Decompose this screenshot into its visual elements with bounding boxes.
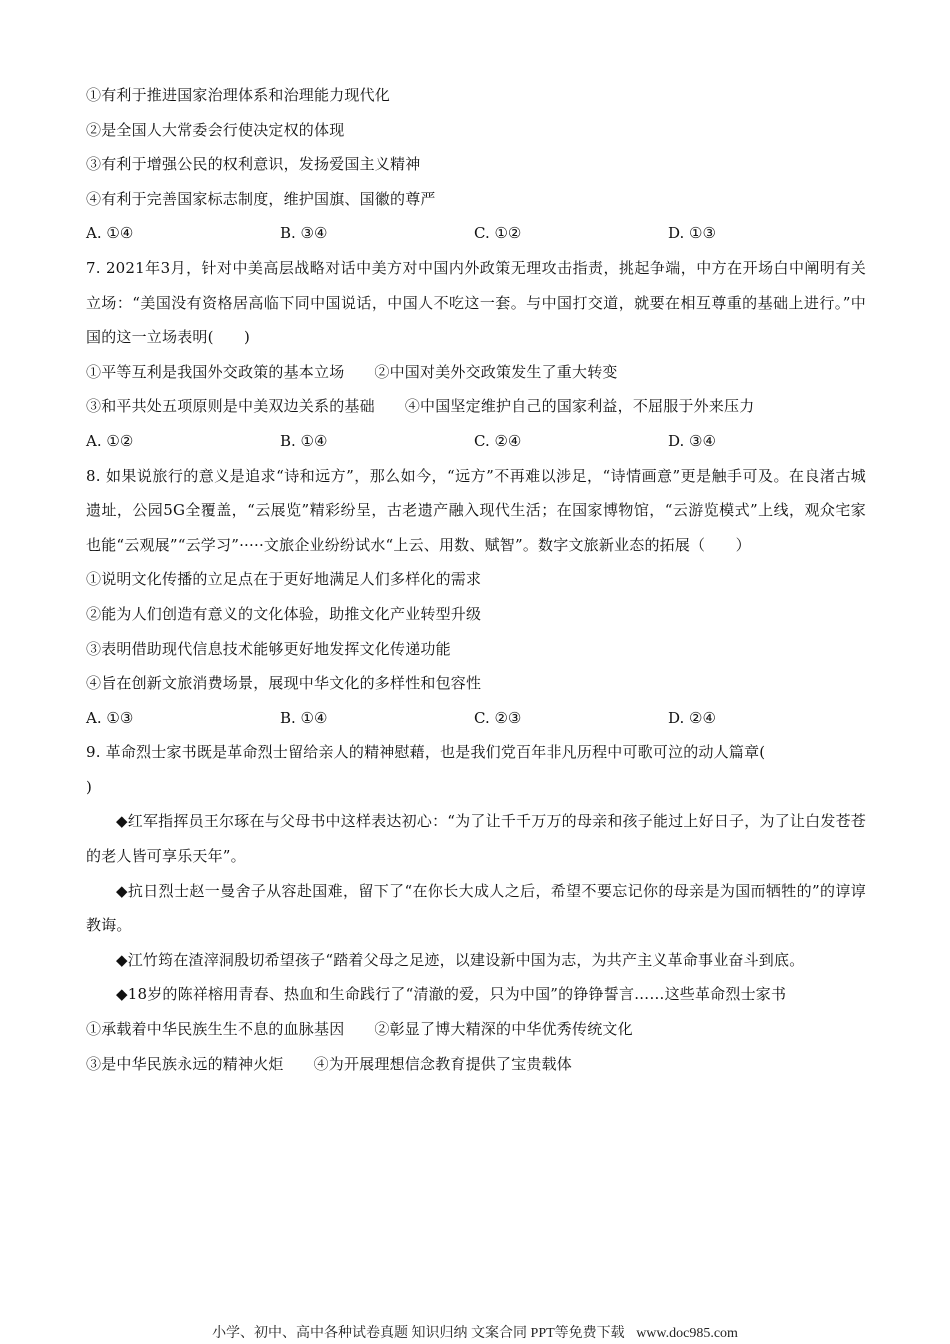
- question-stem-close: ): [86, 770, 866, 805]
- question-8: 8. 如果说旅行的意义是追求“诗和远方”，那么如今，“远方”不再难以涉足，“诗情…: [86, 459, 866, 736]
- statement: ④有利于完善国家标志制度，维护国旗、国徽的尊严: [86, 182, 866, 217]
- bullet-quote: ◆18岁的陈祥榕用青春、热血和生命践行了“清澈的爱，只为中国”的铮铮誓言……这些…: [86, 977, 866, 1012]
- statement: ③表明借助现代信息技术能够更好地发挥文化传递功能: [86, 632, 866, 667]
- statement: ②彰显了博大精深的中华优秀传统文化: [374, 1012, 632, 1047]
- option-a: A. ①③: [86, 701, 280, 736]
- footer-url[interactable]: www.doc985.com: [636, 1326, 738, 1341]
- option-d: D. ③④: [668, 424, 862, 459]
- footer-text: 小学、初中、高中各种试卷真题 知识归纳 文案合同 PPT等免费下载: [212, 1326, 625, 1341]
- statement-row: ①平等互利是我国外交政策的基本立场 ②中国对美外交政策发生了重大转变: [86, 355, 866, 390]
- question-6: ①有利于推进国家治理体系和治理能力现代化 ②是全国人大常委会行使决定权的体现 ③…: [86, 78, 866, 251]
- option-b: B. ③④: [280, 216, 474, 251]
- option-c: C. ②④: [474, 424, 668, 459]
- statement: ①有利于推进国家治理体系和治理能力现代化: [86, 78, 866, 113]
- statement: ④为开展理想信念教育提供了宝贵载体: [314, 1047, 572, 1082]
- answer-options: A. ①④ B. ③④ C. ①② D. ①③: [86, 216, 866, 251]
- statement: ④旨在创新文旅消费场景，展现中华文化的多样性和包容性: [86, 666, 866, 701]
- answer-options: A. ①② B. ①④ C. ②④ D. ③④: [86, 424, 866, 459]
- option-d: D. ①③: [668, 216, 862, 251]
- bullet-quote: ◆红军指挥员王尔琢在与父母书中这样表达初心：“为了让千千万万的母亲和孩子能过上好…: [86, 804, 866, 873]
- statement: ②能为人们创造有意义的文化体验，助推文化产业转型升级: [86, 597, 866, 632]
- option-a: A. ①④: [86, 216, 280, 251]
- option-d: D. ②④: [668, 701, 862, 736]
- statement: ③和平共处五项原则是中美双边关系的基础: [86, 389, 375, 424]
- question-stem: 9. 革命烈士家书既是革命烈士留给亲人的精神慰藉，也是我们党百年非凡历程中可歌可…: [86, 735, 866, 770]
- statement: ②是全国人大常委会行使决定权的体现: [86, 113, 866, 148]
- statement: ③是中华民族永远的精神火炬: [86, 1047, 284, 1082]
- question-7: 7. 2021年3月，针对中美高层战略对话中美方对中国内外政策无理攻击指责，挑起…: [86, 251, 866, 459]
- exam-page: ①有利于推进国家治理体系和治理能力现代化 ②是全国人大常委会行使决定权的体现 ③…: [86, 78, 866, 1081]
- bullet-quote: ◆江竹筠在渣滓洞殷切希望孩子“踏着父母之足迹，以建设新中国为志，为共产主义革命事…: [86, 943, 866, 978]
- statement-row: ③和平共处五项原则是中美双边关系的基础 ④中国坚定维护自己的国家利益，不屈服于外…: [86, 389, 866, 424]
- question-stem: 7. 2021年3月，针对中美高层战略对话中美方对中国内外政策无理攻击指责，挑起…: [86, 251, 866, 355]
- statement: ①平等互利是我国外交政策的基本立场: [86, 355, 344, 390]
- bullet-quote: ◆抗日烈士赵一曼舍子从容赴国难，留下了“在你长大成人之后，希望不要忘记你的母亲是…: [86, 874, 866, 943]
- option-c: C. ②③: [474, 701, 668, 736]
- option-a: A. ①②: [86, 424, 280, 459]
- statement: ②中国对美外交政策发生了重大转变: [374, 355, 617, 390]
- question-9: 9. 革命烈士家书既是革命烈士留给亲人的精神慰藉，也是我们党百年非凡历程中可歌可…: [86, 735, 866, 1081]
- option-b: B. ①④: [280, 424, 474, 459]
- statement: ①承载着中华民族生生不息的血脉基因: [86, 1012, 344, 1047]
- statement-row: ①承载着中华民族生生不息的血脉基因 ②彰显了博大精深的中华优秀传统文化: [86, 1012, 866, 1047]
- question-stem: 8. 如果说旅行的意义是追求“诗和远方”，那么如今，“远方”不再难以涉足，“诗情…: [86, 459, 866, 563]
- option-c: C. ①②: [474, 216, 668, 251]
- answer-options: A. ①③ B. ①④ C. ②③ D. ②④: [86, 701, 866, 736]
- option-b: B. ①④: [280, 701, 474, 736]
- statement: ④中国坚定维护自己的国家利益，不屈服于外来压力: [405, 389, 755, 424]
- page-footer: 小学、初中、高中各种试卷真题 知识归纳 文案合同 PPT等免费下载 www.do…: [0, 1322, 950, 1342]
- statement: ③有利于增强公民的权利意识，发扬爱国主义精神: [86, 147, 866, 182]
- statement-row: ③是中华民族永远的精神火炬 ④为开展理想信念教育提供了宝贵载体: [86, 1047, 866, 1082]
- statement: ①说明文化传播的立足点在于更好地满足人们多样化的需求: [86, 562, 866, 597]
